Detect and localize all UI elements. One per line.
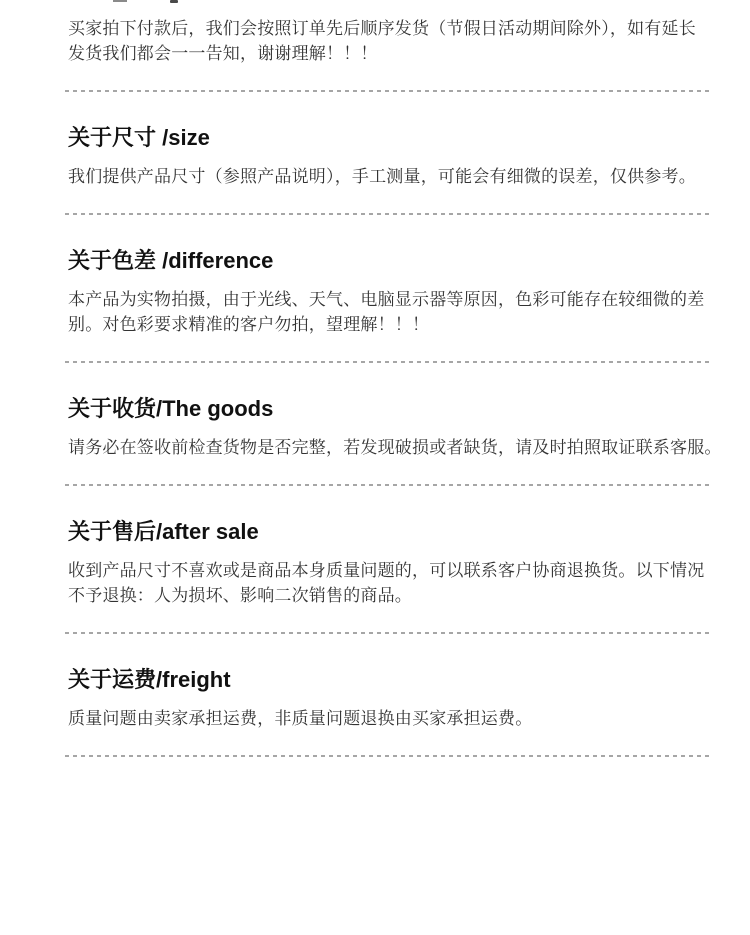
shipping-intro-paragraph: 买家拍下付款后，我们会按照订单先后顺序发货（节假日活动期间除外），如有延长 发货… xyxy=(65,0,710,90)
section-body-size: 我们提供产品尺寸（参照产品说明），手工测量，可能会有细微的误差，仅供参考。 xyxy=(65,164,710,189)
section-body-freight: 质量问题由卖家承担运费，非质量问题退换由买家承担运费。 xyxy=(65,706,710,731)
section-heading-size: 关于尺寸 /size xyxy=(65,126,710,150)
body-line: 本产品为实物拍摄，由于光线、天气、电脑显示器等原因，色彩可能存在较细微的差 xyxy=(65,287,710,312)
section-body-goods: 请务必在签收前检查货物是否完整，若发现破损或者缺货，请及时拍照取证联系客服。 xyxy=(65,435,710,460)
notice-section-goods: 关于收货/The goods 请务必在签收前检查货物是否完整，若发现破损或者缺货… xyxy=(65,363,710,484)
intro-line: 发货我们都会一一告知，谢谢理解！！！ xyxy=(65,41,710,66)
notice-section-difference: 关于色差 /difference 本产品为实物拍摄，由于光线、天气、电脑显示器等… xyxy=(65,215,710,361)
notice-page: 买家拍下付款后，我们会按照订单先后顺序发货（节假日活动期间除外），如有延长 发货… xyxy=(0,0,750,757)
notice-section-freight: 关于运费/freight 质量问题由卖家承担运费，非质量问题退换由买家承担运费。 xyxy=(65,634,710,755)
section-heading-aftersale: 关于售后/after sale xyxy=(65,520,710,544)
body-line: 收到产品尺寸不喜欢或是商品本身质量问题的，可以联系客户协商退换货。以下情况 xyxy=(65,558,710,583)
section-body-difference: 本产品为实物拍摄，由于光线、天气、电脑显示器等原因，色彩可能存在较细微的差 别。… xyxy=(65,287,710,337)
body-line: 质量问题由卖家承担运费，非质量问题退换由买家承担运费。 xyxy=(65,706,710,731)
section-body-aftersale: 收到产品尺寸不喜欢或是商品本身质量问题的，可以联系客户协商退换货。以下情况 不予… xyxy=(65,558,710,608)
section-heading-freight: 关于运费/freight xyxy=(65,668,710,692)
intro-line: 买家拍下付款后，我们会按照订单先后顺序发货（节假日活动期间除外），如有延长 xyxy=(65,16,710,41)
notice-section-aftersale: 关于售后/after sale 收到产品尺寸不喜欢或是商品本身质量问题的，可以联… xyxy=(65,486,710,632)
section-heading-goods: 关于收货/The goods xyxy=(65,397,710,421)
body-line: 请务必在签收前检查货物是否完整，若发现破损或者缺货，请及时拍照取证联系客服。 xyxy=(65,435,710,460)
notice-section-size: 关于尺寸 /size 我们提供产品尺寸（参照产品说明），手工测量，可能会有细微的… xyxy=(65,92,710,213)
clipped-heading-fragment xyxy=(65,0,710,3)
body-line: 我们提供产品尺寸（参照产品说明），手工测量，可能会有细微的误差，仅供参考。 xyxy=(65,164,710,189)
dashed-divider xyxy=(65,755,710,757)
clipped-text-speck xyxy=(170,0,178,3)
section-heading-difference: 关于色差 /difference xyxy=(65,249,710,273)
body-line: 别。对色彩要求精准的客户勿拍，望理解！！！ xyxy=(65,312,710,337)
clipped-text-speck xyxy=(113,0,127,2)
body-line: 不予退换：人为损坏、影响二次销售的商品。 xyxy=(65,583,710,608)
